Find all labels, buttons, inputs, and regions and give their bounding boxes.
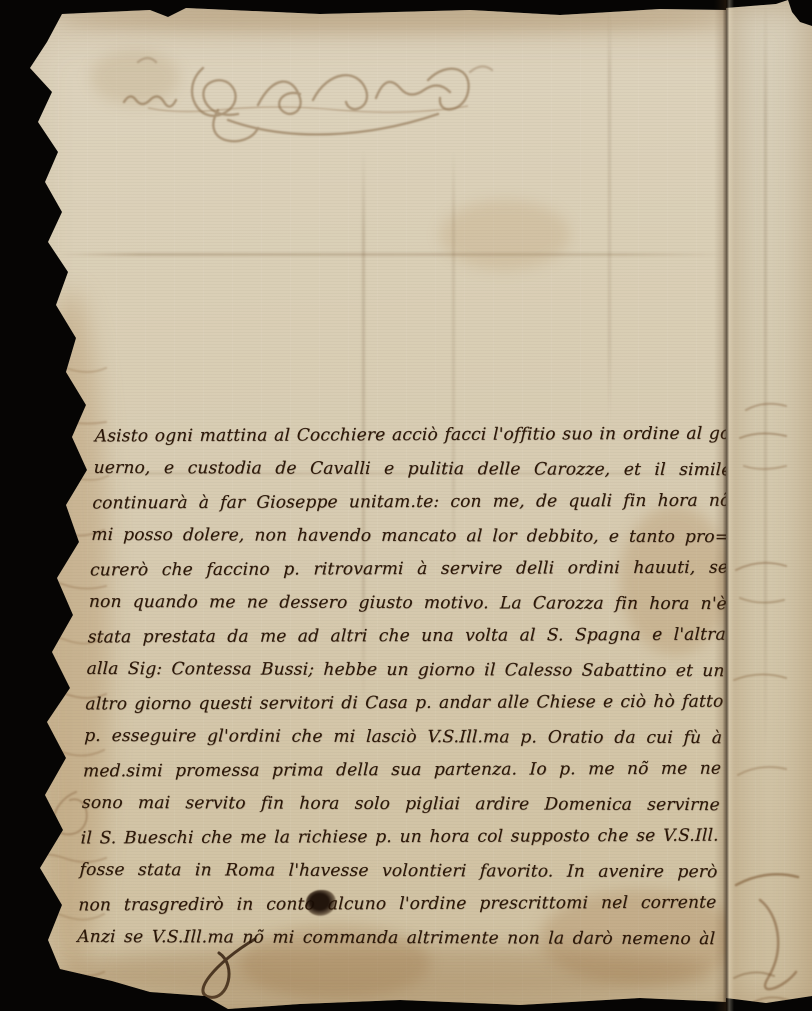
manuscript-page: Asisto ogni mattina al Cocchiere acciò f… xyxy=(0,0,812,1011)
fold-crease xyxy=(714,0,734,1011)
manuscript-scan: Asisto ogni mattina al Cocchiere acciò f… xyxy=(0,0,812,1011)
adjacent-leaf-edge xyxy=(726,0,812,1011)
page-edge-vignette xyxy=(726,0,812,1011)
page-edge-vignette xyxy=(0,0,812,1011)
